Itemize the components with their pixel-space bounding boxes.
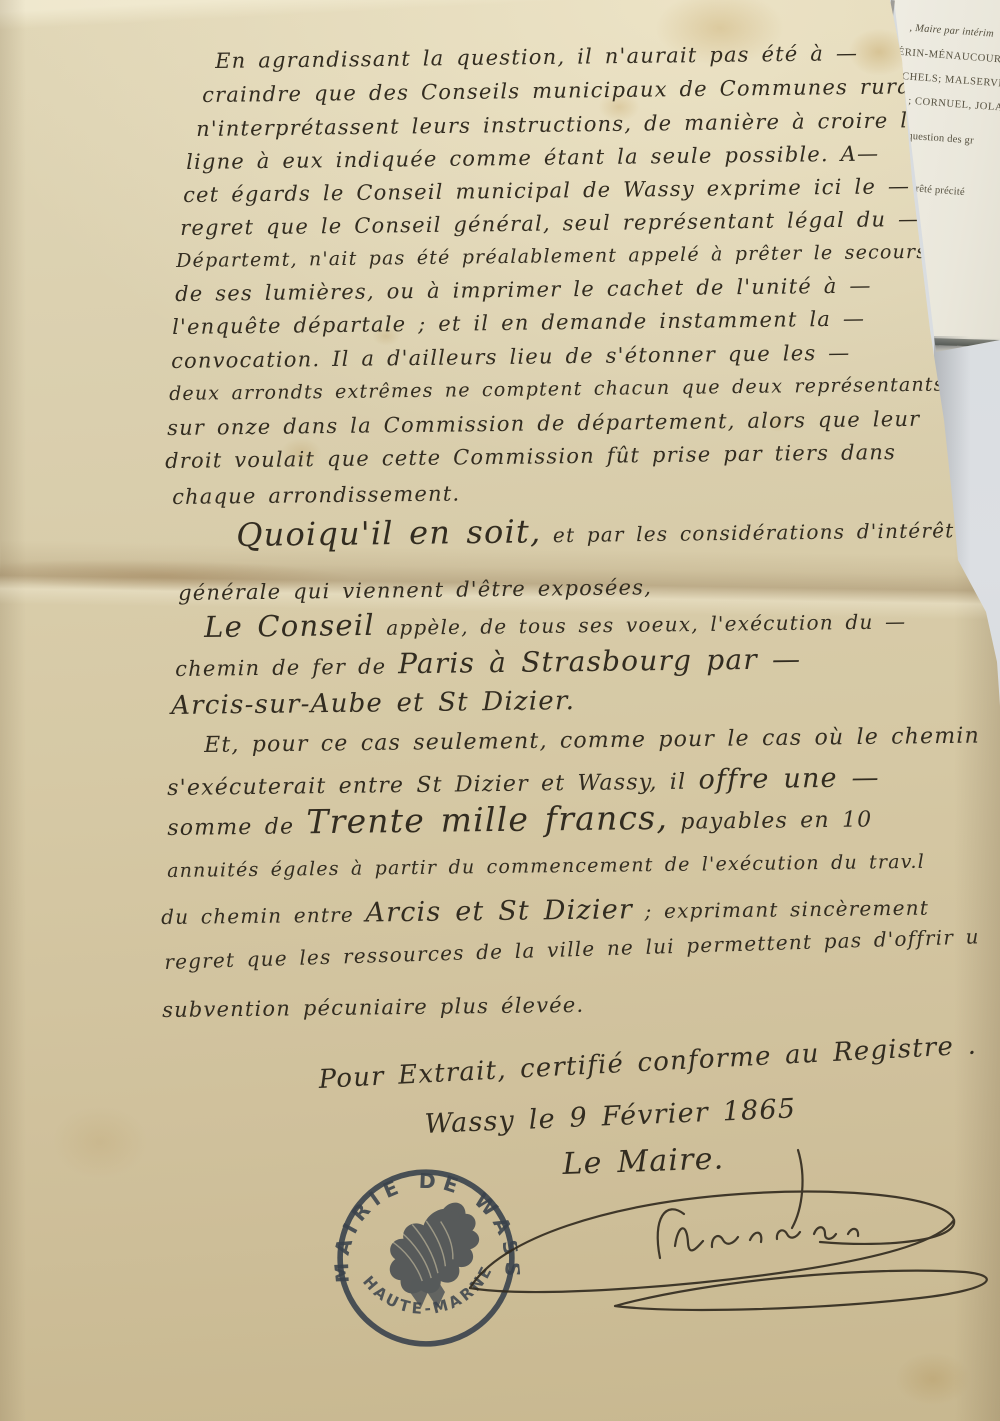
manuscript-line: Quoiqu'il en soit, et par les considérat… (236, 509, 987, 553)
manuscript-line: l'enquête départale ; et il en demande i… (172, 308, 865, 340)
manuscript-line: ligne à eux indiquée comme étant la seul… (186, 143, 879, 175)
manuscript-emphasis: Paris à Strasbourg par — (398, 642, 801, 680)
manuscript-paper: En agrandissant la question, il n'aurait… (0, 0, 1000, 1421)
manuscript-line: regret que les ressources de la ville ne… (164, 925, 980, 973)
manuscript-line: somme de Trente mille francs, payables e… (167, 797, 873, 842)
manuscript-line: convocation. Il a d'ailleurs lieu de s'é… (171, 342, 851, 373)
manuscript-line-segment: appèle, de tous ses voeux, l'exécution d… (375, 609, 907, 639)
manuscript-line: Et, pour ce cas seulement, comme pour le… (204, 725, 980, 759)
manuscript-line: sur onze dans la Commission de départeme… (167, 408, 920, 440)
manuscript-line: droit voulait que cette Commission fût p… (165, 441, 896, 473)
printed-line: ICHELS; MALSERVET; (898, 71, 1000, 91)
manuscript-line: cet égards le Conseil municipal de Wassy… (183, 175, 910, 207)
manuscript-line: subvention pécuniaire plus élevée. (162, 994, 585, 1022)
manuscript-emphasis: offre une — (698, 762, 880, 795)
manuscript-emphasis: Le Conseil (204, 608, 375, 644)
manuscript-line: n'interprétassent leurs instructions, de… (196, 109, 922, 141)
photo-scene: , Maire par intérim ÉRIN-MÉNAUCOURT; P I… (0, 0, 1000, 1421)
manuscript-emphasis: Arcis et St Dizier (365, 894, 633, 928)
manuscript-line: du chemin entre Arcis et St Dizier ; exp… (161, 892, 929, 931)
manuscript-line-segment: et par les considérations d'intérêt — (541, 518, 987, 547)
manuscript-line-segment: du chemin entre (161, 903, 366, 929)
manuscript-line: chemin de fer de Paris à Strasbourg par … (175, 644, 801, 682)
printed-line: ÉRIN-MÉNAUCOURT; P (897, 47, 1000, 67)
manuscript-line: deux arrondts extrêmes ne comptent chacu… (169, 375, 945, 405)
manuscript-line-segment: payables en 10 (668, 807, 873, 834)
manuscript-line: s'exécuterait entre St Dizier et Wassy, … (167, 763, 880, 801)
mayor-signature (420, 1128, 1000, 1358)
manuscript-line: Le Conseil appèle, de tous ses voeux, l'… (204, 603, 906, 643)
printed-line: , Maire par intérim (909, 23, 994, 40)
printed-line: T ; CORNUEL, JOLA (898, 95, 1000, 114)
paper-stain (895, 1352, 971, 1406)
manuscript-line: chaque arrondissement. (172, 482, 460, 509)
certification-line: Pour Extrait, certifié conforme au Regis… (318, 1032, 978, 1095)
manuscript-line-segment: s'exécuterait entre St Dizier et Wassy, … (167, 770, 699, 801)
manuscript-emphasis: Quoiqu'il en soit, (236, 512, 542, 554)
manuscript-line-segment: chemin de fer de (175, 654, 398, 681)
manuscript-line: annuités égales à partir du commencement… (167, 852, 925, 882)
manuscript-line: En agrandissant la question, il n'aurait… (215, 42, 858, 73)
manuscript-line: regret que le Conseil général, seul repr… (180, 208, 920, 240)
paper-stain (52, 1105, 148, 1179)
manuscript-line: Arcis-sur-Aube et St Dizier. (171, 687, 575, 721)
manuscript-line-segment: ; exprimant sincèrement (633, 896, 929, 924)
manuscript-line: de ses lumières, ou à imprimer le cachet… (175, 274, 872, 306)
manuscript-emphasis: Trente mille francs, (306, 798, 668, 841)
printed-line: a question des gr (899, 130, 974, 146)
manuscript-line: craindre que des Conseils municipaux de … (202, 75, 945, 107)
signature-paraphe (792, 1150, 803, 1228)
manuscript-line-segment: somme de (167, 814, 306, 841)
manuscript-line: Départemt, n'ait pas été préalablement a… (176, 242, 927, 272)
